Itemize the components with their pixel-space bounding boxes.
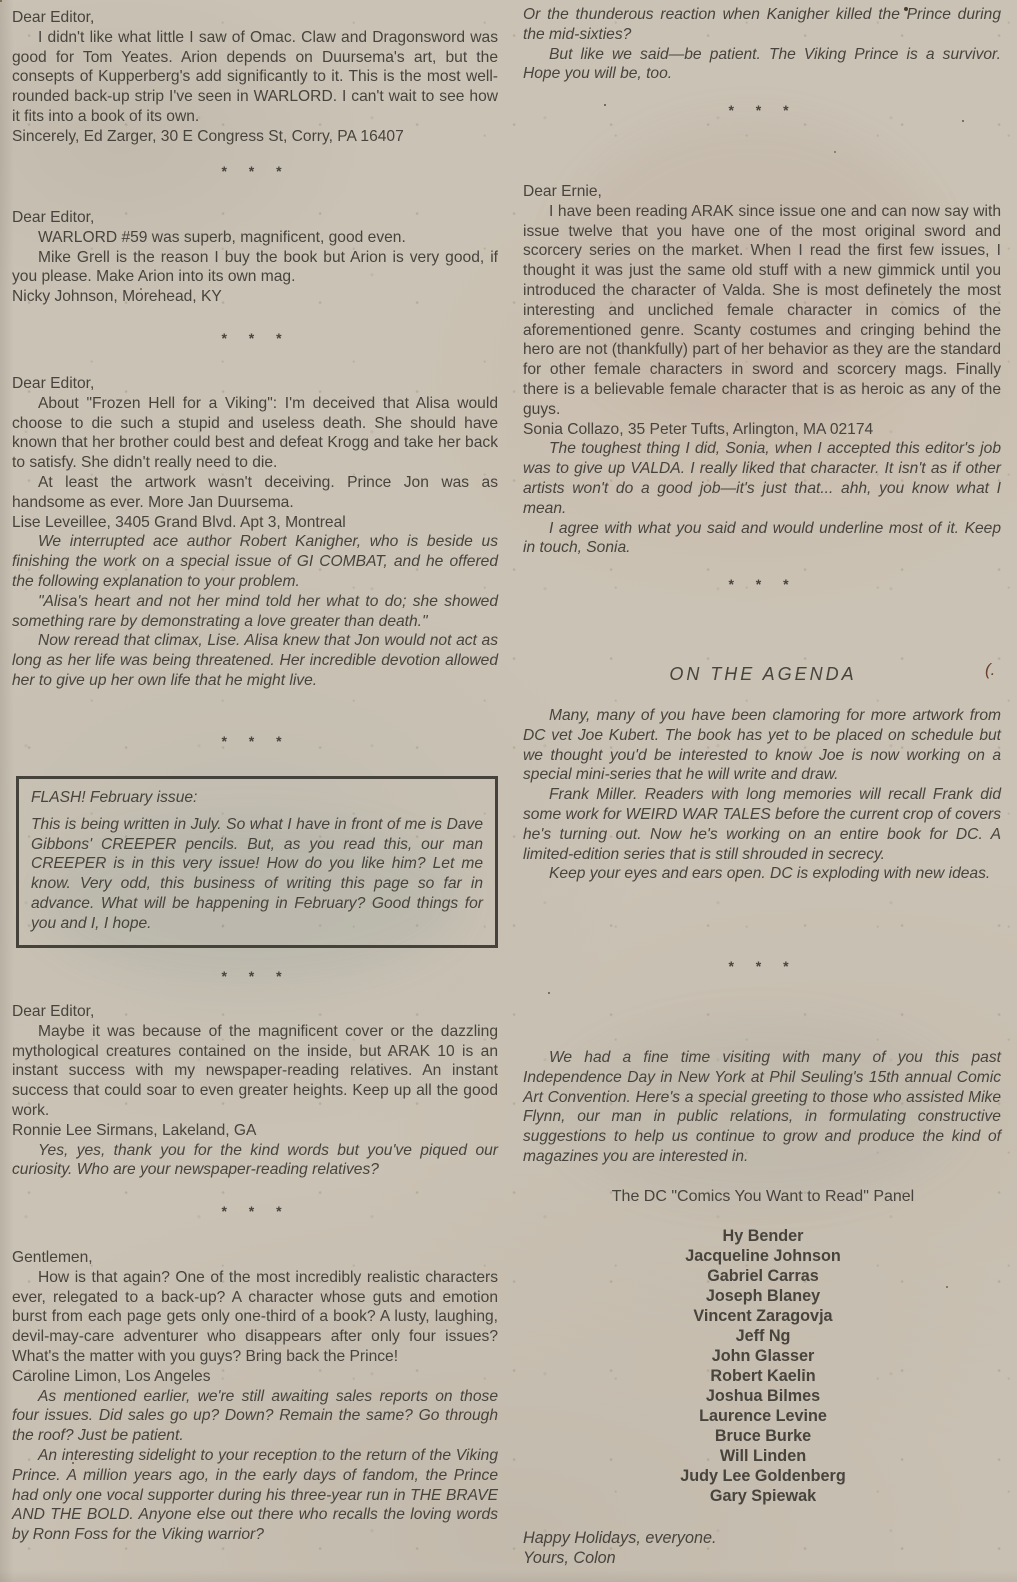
letter-salutation: Gentlemen, — [12, 1248, 498, 1268]
closing-line: Happy Holidays, everyone. — [523, 1528, 1001, 1548]
closing-line: Yours, Colon — [523, 1548, 1001, 1568]
letter-paragraph: About "Frozen Hell for a Viking": I'm de… — [12, 394, 498, 473]
scan-artifact: (. — [985, 660, 995, 680]
letter-signature: Lise Leveillee, 3405 Grand Blvd. Apt 3, … — [12, 513, 498, 533]
letter-paragraph: I have been reading ARAK since issue one… — [523, 202, 1001, 420]
panel-title: The DC "Comics You Want to Read" Panel — [523, 1188, 1003, 1206]
letter: Dear Editor, WARLORD #59 was superb, mag… — [12, 208, 498, 307]
paper-specks — [0, 0, 2, 2]
agenda-heading: ON THE AGENDA — [523, 664, 1003, 685]
editor-response: Or the thunderous reaction when Kanigher… — [523, 5, 1001, 45]
letter-salutation: Dear Editor, — [12, 374, 498, 394]
convention-note: We had a fine time visiting with many of… — [523, 1048, 1001, 1167]
letter-paragraph: Mike Grell is the reason I buy the book … — [12, 248, 498, 288]
panel-name: Gabriel Carras — [523, 1266, 1003, 1286]
agenda-paragraph: Keep your eyes and ears open. DC is expl… — [523, 864, 1001, 884]
panel-names-list: Hy Bender Jacqueline Johnson Gabriel Car… — [523, 1226, 1003, 1506]
letter: Dear Editor, Maybe it was because of the… — [12, 1002, 498, 1180]
letter: Gentlemen, How is that again? One of the… — [12, 1248, 498, 1545]
separator: * * * — [12, 733, 500, 749]
panel-name: Bruce Burke — [523, 1426, 1003, 1446]
separator: * * * — [523, 576, 1003, 592]
letter-paragraph: Maybe it was because of the magnificent … — [12, 1022, 498, 1121]
letter-signature: Ronnie Lee Sirmans, Lakeland, GA — [12, 1121, 498, 1141]
letter-paragraph: How is that again? One of the most incre… — [12, 1268, 498, 1367]
left-column: Dear Editor, I didn't like what little I… — [12, 0, 500, 1582]
panel-name: Hy Bender — [523, 1226, 1003, 1246]
agenda-paragraph: Frank Miller. Readers with long memories… — [523, 785, 1001, 864]
editor-response: We interrupted ace author Robert Kanighe… — [12, 532, 498, 591]
letter-signature: Sincerely, Ed Zarger, 30 E Congress St, … — [12, 127, 498, 147]
agenda-section: Many, many of you have been clamoring fo… — [523, 706, 1001, 884]
separator: * * * — [12, 1203, 500, 1219]
editor-response: But like we said—be patient. The Viking … — [523, 45, 1001, 85]
closing-signoff: Happy Holidays, everyone. Yours, Colon — [523, 1528, 1001, 1568]
editor-response: Yes, yes, thank you for the kind words b… — [12, 1141, 498, 1181]
letter: Dear Ernie, I have been reading ARAK sin… — [523, 182, 1001, 558]
letter-paragraph: WARLORD #59 was superb, magnificent, goo… — [12, 228, 498, 248]
editor-response: The toughest thing I did, Sonia, when I … — [523, 439, 1001, 518]
letter-paragraph: At least the artwork wasn't deceiving. P… — [12, 473, 498, 513]
panel-name: Robert Kaelin — [523, 1366, 1003, 1386]
flash-title: FLASH! February issue: — [31, 788, 483, 808]
editor-response: An interesting sidelight to your recepti… — [12, 1446, 498, 1545]
letter: Dear Editor, About "Frozen Hell for a Vi… — [12, 374, 498, 691]
letter: Dear Editor, I didn't like what little I… — [12, 8, 498, 147]
flash-announcement-box: FLASH! February issue: This is being wri… — [16, 776, 498, 948]
letter-signature: Sonia Collazo, 35 Peter Tufts, Arlington… — [523, 420, 1001, 440]
right-column: Or the thunderous reaction when Kanigher… — [523, 0, 1003, 1582]
letter-salutation: Dear Editor, — [12, 8, 498, 28]
panel-name: Joseph Blaney — [523, 1286, 1003, 1306]
panel-name: Vincent Zaragovja — [523, 1306, 1003, 1326]
editor-response: "Alisa's heart and not her mind told her… — [12, 592, 498, 632]
letter-signature: Nicky Johnson, Morehead, KY — [12, 287, 498, 307]
panel-name: Will Linden — [523, 1446, 1003, 1466]
panel-name: Judy Lee Goldenberg — [523, 1466, 1003, 1486]
separator: * * * — [523, 958, 1003, 974]
panel-name: Laurence Levine — [523, 1406, 1003, 1426]
letter-salutation: Dear Editor, — [12, 1002, 498, 1022]
letter-salutation: Dear Editor, — [12, 208, 498, 228]
editor-response-continuation: Or the thunderous reaction when Kanigher… — [523, 5, 1001, 84]
panel-name: John Glasser — [523, 1346, 1003, 1366]
separator: * * * — [12, 968, 500, 984]
editor-response: Now reread that climax, Lise. Alisa knew… — [12, 631, 498, 690]
letter-paragraph: I didn't like what little I saw of Omac.… — [12, 28, 498, 127]
editor-response: I agree with what you said and would und… — [523, 519, 1001, 559]
editor-response: As mentioned earlier, we're still awaiti… — [12, 1387, 498, 1446]
panel-name: Jacqueline Johnson — [523, 1246, 1003, 1266]
letters-page: Dear Editor, I didn't like what little I… — [0, 0, 1017, 1582]
flash-body: This is being written in July. So what I… — [31, 815, 483, 934]
letter-signature: Caroline Limon, Los Angeles — [12, 1367, 498, 1387]
separator: * * * — [523, 102, 1003, 118]
convention-paragraph: We had a fine time visiting with many of… — [523, 1048, 1001, 1167]
separator: * * * — [12, 330, 500, 346]
panel-name: Joshua Bilmes — [523, 1386, 1003, 1406]
panel-name: Jeff Ng — [523, 1326, 1003, 1346]
separator: * * * — [12, 163, 500, 179]
agenda-paragraph: Many, many of you have been clamoring fo… — [523, 706, 1001, 785]
letter-salutation: Dear Ernie, — [523, 182, 1001, 202]
panel-name: Gary Spiewak — [523, 1486, 1003, 1506]
